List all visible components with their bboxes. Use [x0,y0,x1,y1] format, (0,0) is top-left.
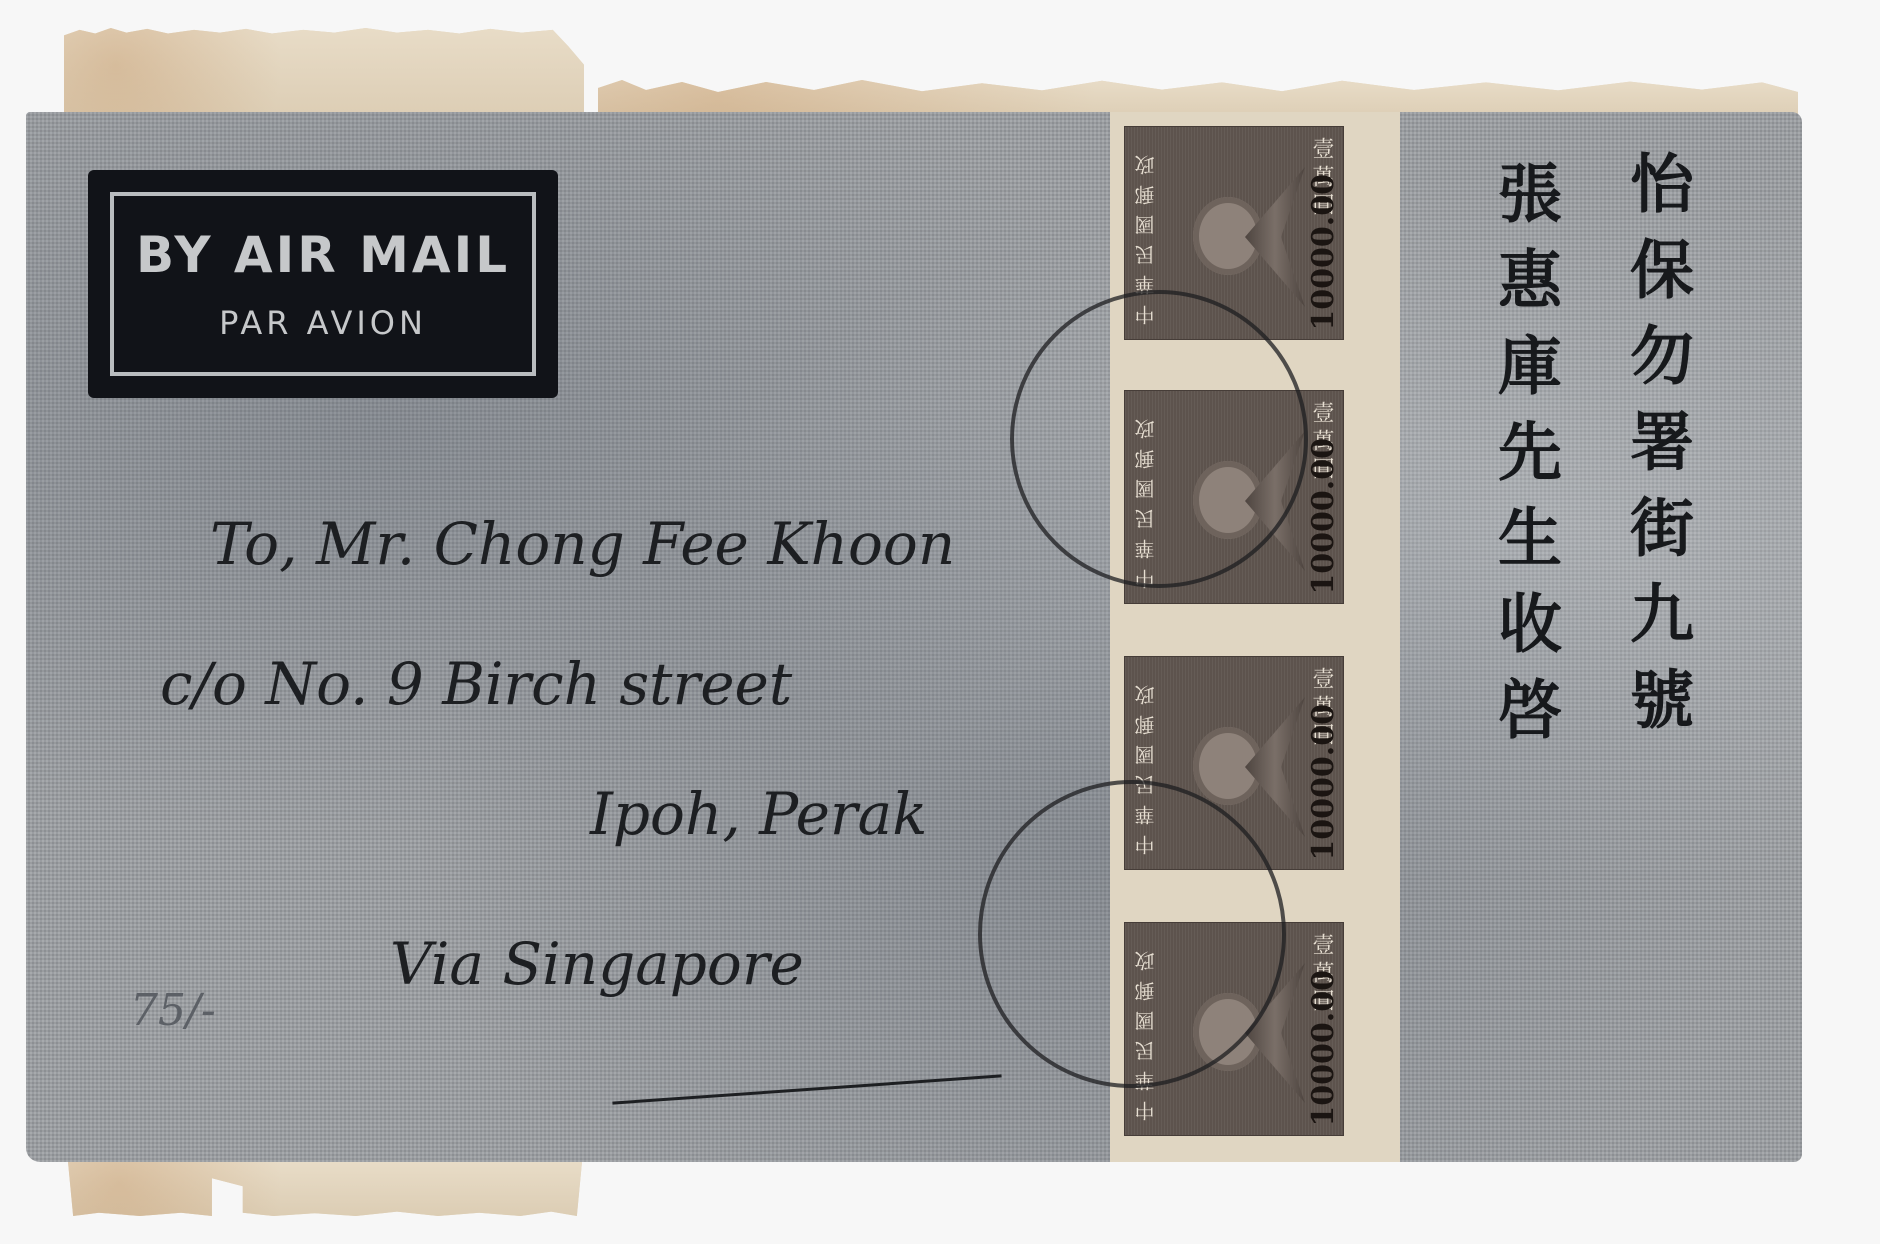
airmail-label: BY AIR MAIL PAR AVION [88,170,558,398]
airmail-text-english: BY AIR MAIL [136,226,510,284]
stamp-value: 10000.00 [1306,970,1341,1127]
chinese-address-recipient: 張惠庫先生收啓 [1478,160,1570,762]
wings-ornament-icon [1245,697,1305,837]
torn-flap-top-left [64,28,584,120]
stamp-value: 10000.00 [1306,704,1341,861]
wings-ornament-icon [1245,167,1305,307]
stamp-value: 10000.00 [1306,174,1341,331]
postmark-upper [1010,290,1308,588]
pencil-price-note: 75/- [130,985,216,1036]
address-line-city: Ipoh, Perak [590,780,927,848]
chinese-address-street: 怡保勿署街九號 [1610,150,1702,752]
address-line-routing: Via Singapore [390,930,804,998]
torn-flap-bottom [68,1162,582,1216]
address-line-recipient: To, Mr. Chong Fee Khoon [210,510,955,578]
stamp-value: 10000.00 [1306,438,1341,595]
postmark-lower [978,780,1286,1088]
airmail-label-frame: BY AIR MAIL PAR AVION [110,192,536,376]
airmail-text-french: PAR AVION [219,304,427,342]
address-line-street: c/o No. 9 Birch street [160,650,792,718]
